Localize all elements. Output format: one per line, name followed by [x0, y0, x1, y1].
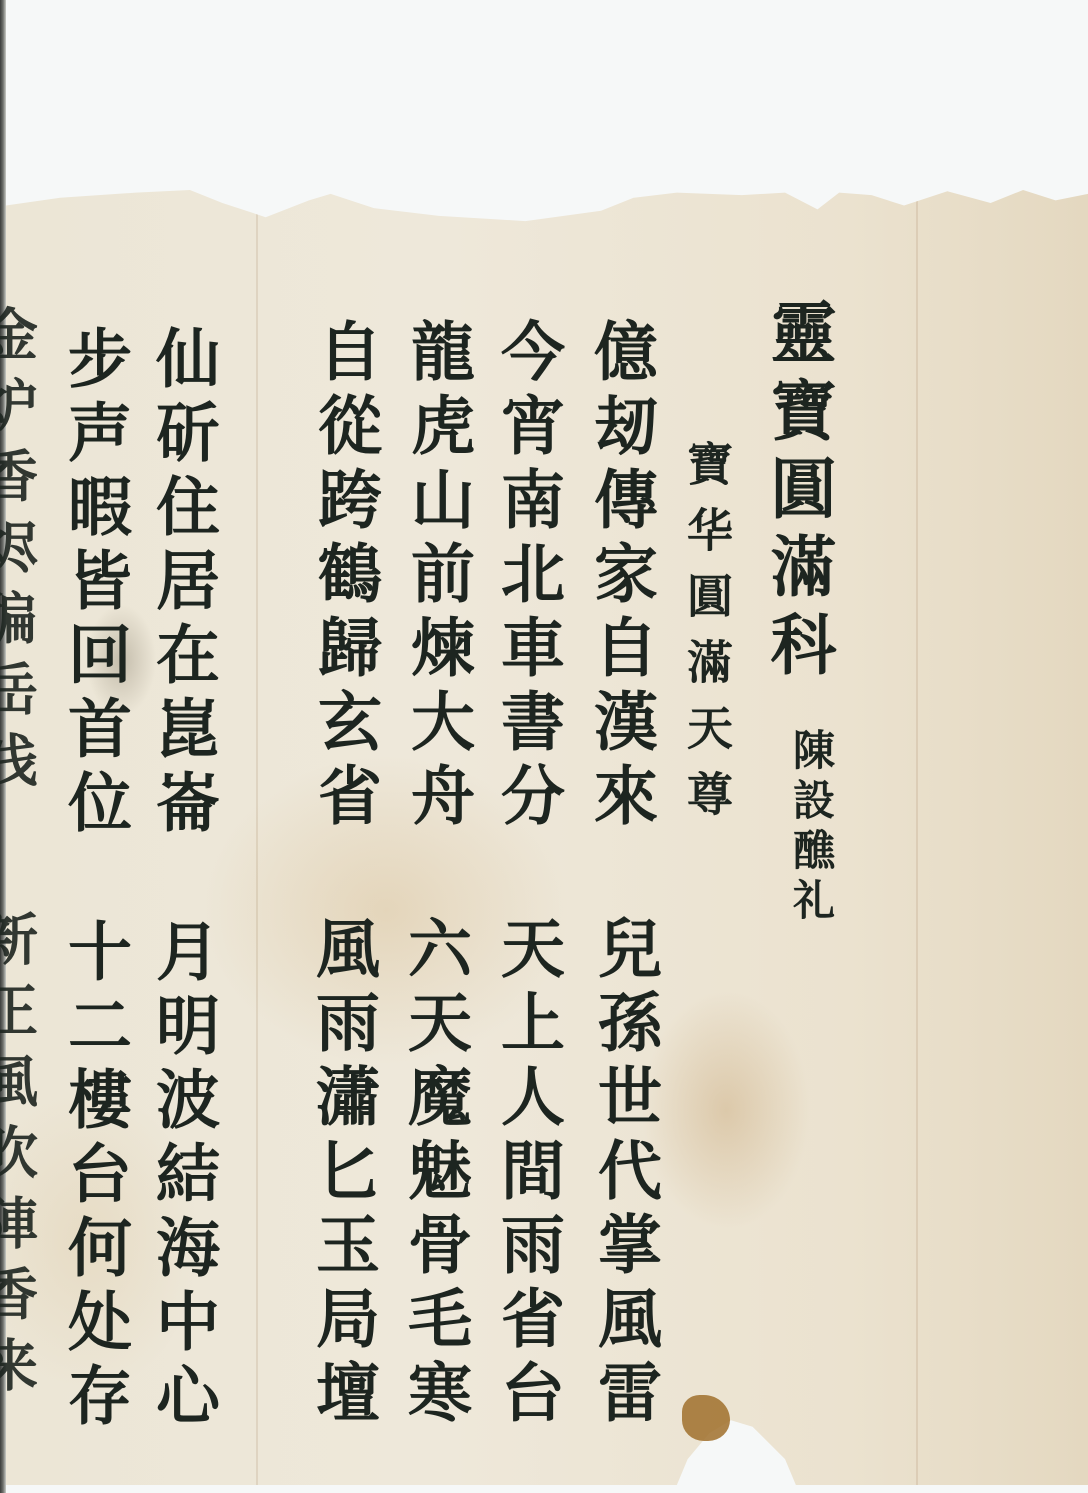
verse-text: 步声暇皆回首位 [62, 325, 126, 843]
verse-column-lower-6: 十二樓台何处存 [62, 918, 126, 1436]
verse-column-upper-5: 仙斫住居在崑崙 [150, 325, 214, 843]
verse-text: 自從跨鶴歸玄省 [312, 318, 376, 836]
verse-text: 天上人間雨省台 [495, 915, 559, 1433]
verse-column-upper-3: 龍虎山前煉大舟 [405, 318, 469, 836]
verse-text: 十二樓台何处存 [62, 918, 126, 1436]
verse-column-upper-4: 自從跨鶴歸玄省 [312, 318, 376, 836]
verse-column-lower-2: 天上人間雨省台 [495, 915, 559, 1433]
annotation-text: 陳設醮礼 [790, 728, 832, 928]
verse-column-upper-2: 今宵南北車書分 [495, 318, 559, 836]
verse-text: 月明波結海中心 [150, 918, 214, 1436]
verse-text: 新正風吹陣香来 [0, 910, 34, 1407]
title-text: 靈寶圓滿科 [765, 298, 831, 688]
verse-text: 仙斫住居在崑崙 [150, 325, 214, 843]
verse-column-lower-4: 風雨瀟匕玉局壇 [310, 915, 374, 1433]
invocation-text: 寶华圓滿天尊 [684, 440, 730, 836]
verse-column-lower-1: 兒孫世代掌風雷 [592, 915, 656, 1433]
verse-column-upper-7-cut: 金炉香烬徧岳浅 [0, 305, 34, 802]
verse-column-upper-1: 億刼傳家自漢來 [588, 318, 652, 836]
invocation-line: 寶华圓滿天尊 [684, 440, 730, 836]
verse-text: 六天魔魅骨毛寒 [402, 915, 466, 1433]
annotation-note: 陳設醮礼 [790, 728, 832, 928]
verse-column-lower-5: 月明波結海中心 [150, 918, 214, 1436]
water-stain [682, 1395, 730, 1441]
verse-text: 億刼傳家自漢來 [588, 318, 652, 836]
verse-column-upper-6: 步声暇皆回首位 [62, 325, 126, 843]
verse-text: 兒孫世代掌風雷 [592, 915, 656, 1433]
verse-column-lower-7-cut: 新正風吹陣香来 [0, 910, 34, 1407]
verse-text: 風雨瀟匕玉局壇 [310, 915, 374, 1433]
paper-fold [916, 190, 918, 1485]
paper-fold [256, 190, 258, 1485]
document-title: 靈寶圓滿科 [765, 298, 831, 688]
verse-text: 龍虎山前煉大舟 [405, 318, 469, 836]
verse-text: 今宵南北車書分 [495, 318, 559, 836]
verse-text: 金炉香烬徧岳浅 [0, 305, 34, 802]
verse-column-lower-3: 六天魔魅骨毛寒 [402, 915, 466, 1433]
